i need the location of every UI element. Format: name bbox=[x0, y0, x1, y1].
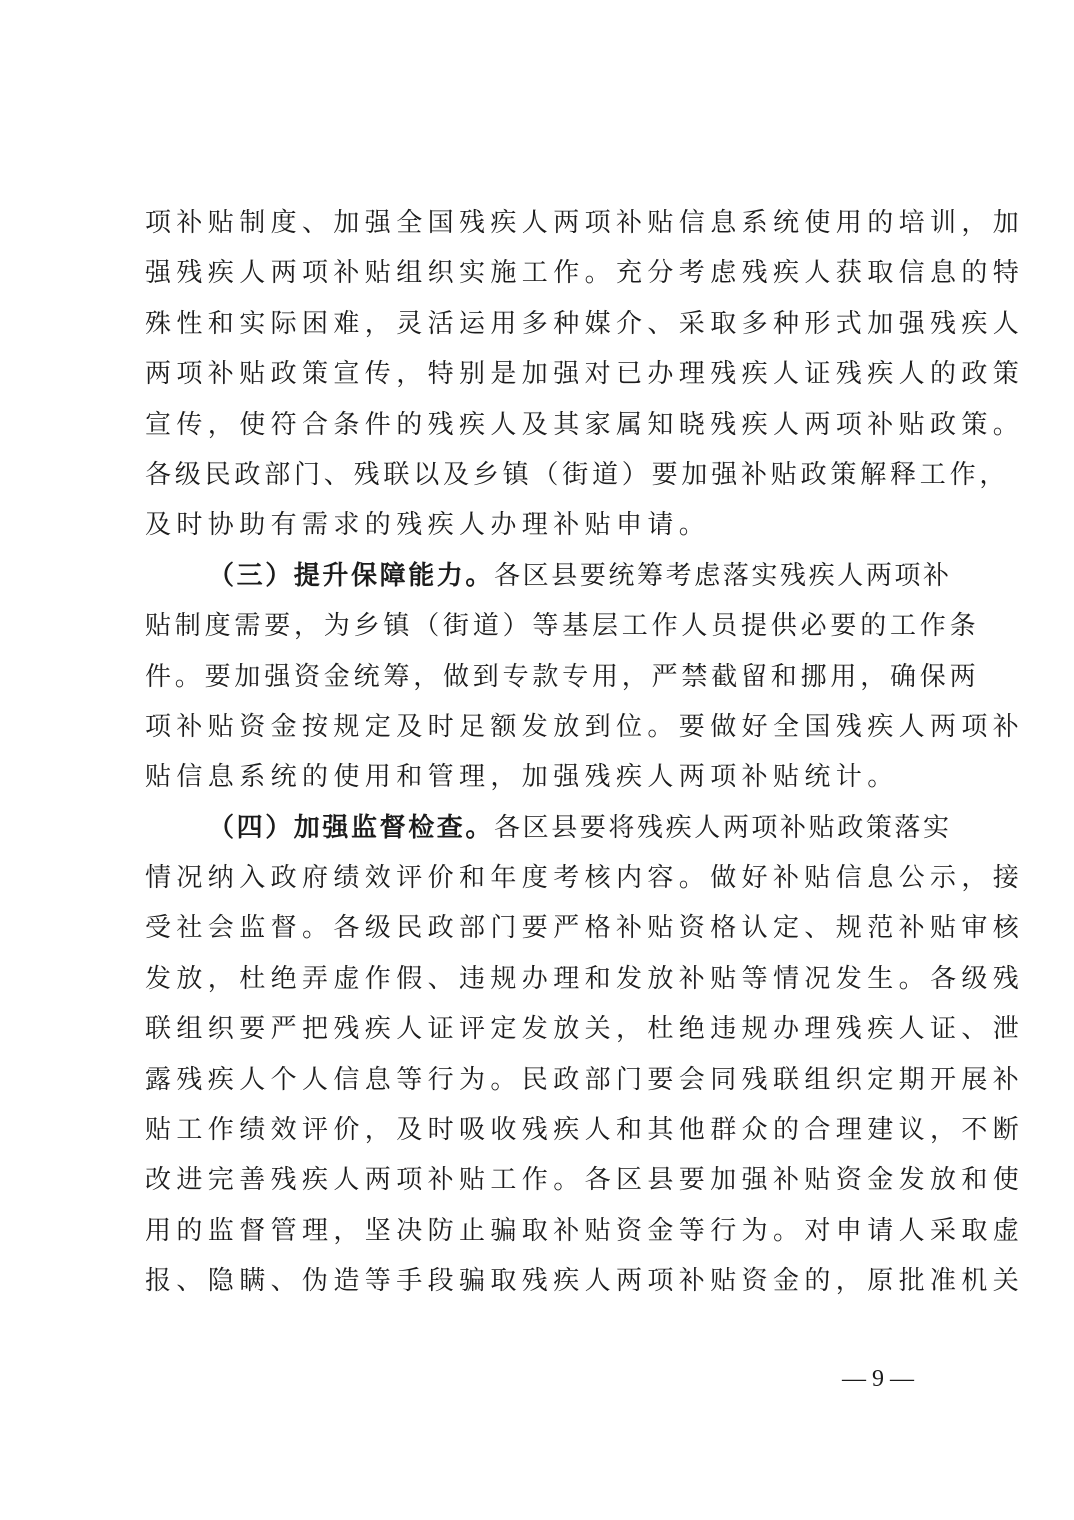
text-line: 及时协助有需求的残疾人办理补贴申请。 bbox=[145, 505, 940, 555]
text-line: 项补贴资金按规定及时足额发放到位。要做好全国残疾人两项补 bbox=[145, 707, 940, 757]
text-line: 项补贴制度、加强全国残疾人两项补贴信息系统使用的培训，加 bbox=[145, 203, 940, 253]
text-line: 各级民政部门、残联以及乡镇（街道）要加强补贴政策解释工作， bbox=[145, 455, 940, 505]
text-line: 贴工作绩效评价，及时吸收残疾人和其他群众的合理建议，不断 bbox=[145, 1110, 940, 1160]
text-line: 两项补贴政策宣传，特别是加强对已办理残疾人证残疾人的政策 bbox=[145, 354, 940, 404]
text-line: 露残疾人个人信息等行为。民政部门要会同残联组织定期开展补 bbox=[145, 1060, 940, 1110]
text-line: 联组织要严把残疾人证评定发放关，杜绝违规办理残疾人证、泄 bbox=[145, 1009, 940, 1059]
text-line: 情况纳入政府绩效评价和年度考核内容。做好补贴信息公示，接 bbox=[145, 858, 940, 908]
document-page: 项补贴制度、加强全国残疾人两项补贴信息系统使用的培训，加 强残疾人两项补贴组织实… bbox=[0, 0, 1074, 1520]
section-three-first-line: （三）提升保障能力。各区县要统筹考虑落实残疾人两项补 bbox=[145, 556, 940, 606]
text-line: 用的监督管理，坚决防止骗取补贴资金等行为。对申请人采取虚 bbox=[145, 1211, 940, 1261]
text-line: 改进完善残疾人两项补贴工作。各区县要加强补贴资金发放和使 bbox=[145, 1160, 940, 1210]
text-line: 殊性和实际困难，灵活运用多种媒介、采取多种形式加强残疾人 bbox=[145, 304, 940, 354]
text-line: 件。要加强资金统筹，做到专款专用，严禁截留和挪用，确保两 bbox=[145, 657, 940, 707]
text-span: 各区县要将残疾人两项补贴政策落实 bbox=[494, 813, 952, 843]
text-line: 报、隐瞒、伪造等手段骗取残疾人两项补贴资金的，原批准机关 bbox=[145, 1261, 940, 1311]
text-line: 贴制度需要，为乡镇（街道）等基层工作人员提供必要的工作条 bbox=[145, 606, 940, 656]
text-line: 宣传，使符合条件的残疾人及其家属知晓残疾人两项补贴政策。 bbox=[145, 405, 940, 455]
document-body: 项补贴制度、加强全国残疾人两项补贴信息系统使用的培训，加 强残疾人两项补贴组织实… bbox=[145, 203, 940, 1312]
section-four-first-line: （四）加强监督检查。各区县要将残疾人两项补贴政策落实 bbox=[145, 808, 940, 858]
text-line: 发放，杜绝弄虚作假、违规办理和发放补贴等情况发生。各级残 bbox=[145, 959, 940, 1009]
text-line: 贴信息系统的使用和管理，加强残疾人两项补贴统计。 bbox=[145, 757, 940, 807]
section-heading-four: （四）加强监督检查。 bbox=[208, 813, 494, 843]
text-line: 强残疾人两项补贴组织实施工作。充分考虑残疾人获取信息的特 bbox=[145, 253, 940, 303]
text-span: 各区县要统筹考虑落实残疾人两项补 bbox=[494, 561, 952, 591]
page-number: — 9 — bbox=[842, 1364, 914, 1394]
section-heading-three: （三）提升保障能力。 bbox=[208, 561, 494, 591]
text-line: 受社会监督。各级民政部门要严格补贴资格认定、规范补贴审核 bbox=[145, 908, 940, 958]
